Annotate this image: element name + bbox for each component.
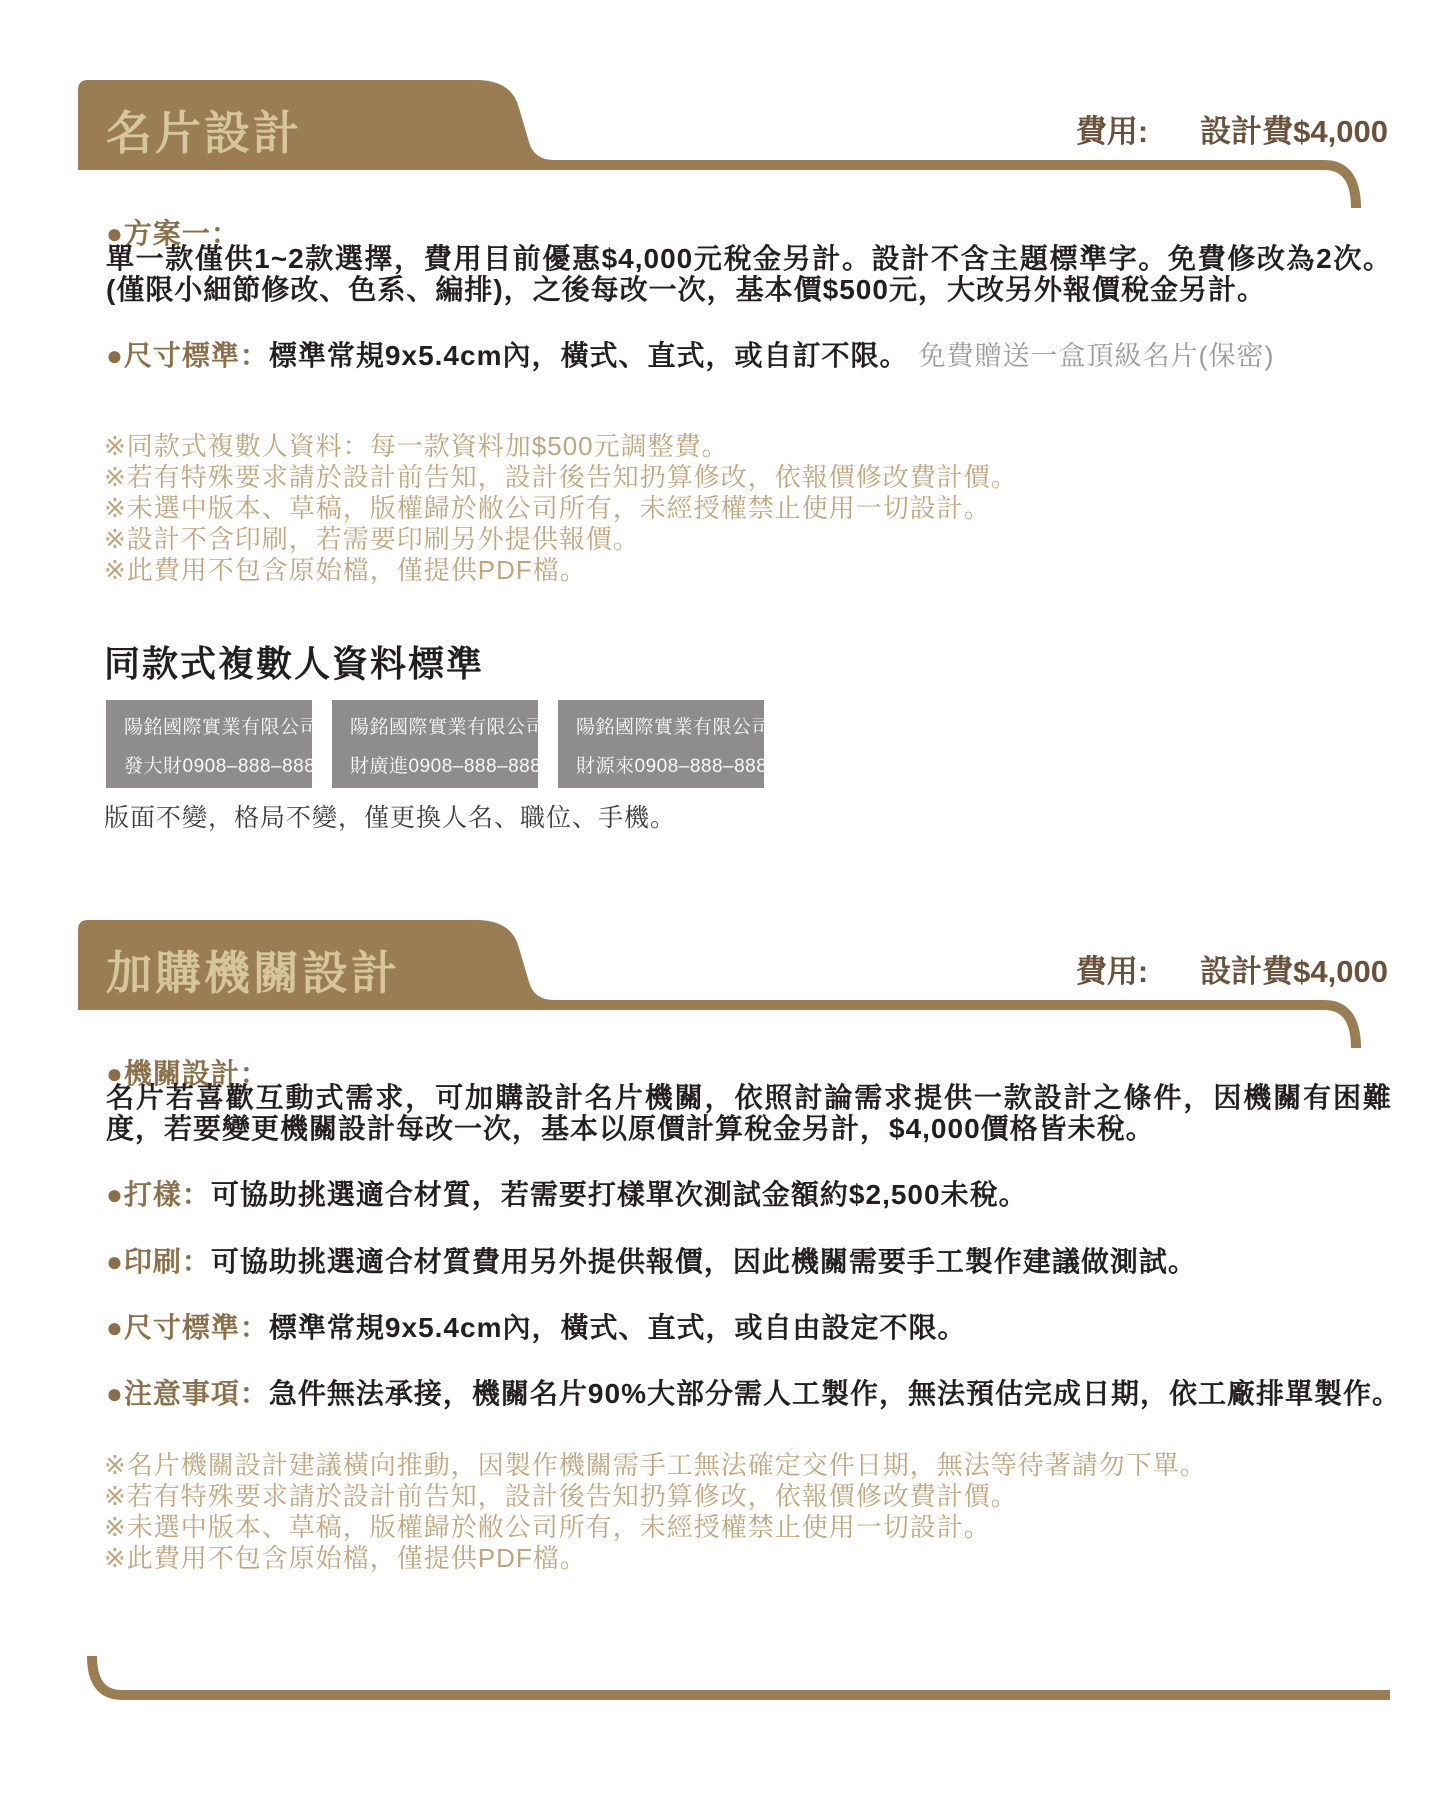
fee-label: 費用: xyxy=(1076,106,1148,151)
size-standard2-line: ●尺寸標準：標準常規9x5.4cm內，橫式、直式，或自由設定不限。 xyxy=(106,1306,966,1346)
free-gift-note: 免費贈送一盒頂級名片(保密) xyxy=(918,341,1274,371)
size-standard2-text: 標準常規9x5.4cm內，橫式、直式，或自由設定不限。 xyxy=(269,1312,967,1343)
attention-text: 急件無法承接，機關名片90%大部分需人工製作，無法預估完成日期，依工廠排單製作。 xyxy=(269,1378,1401,1409)
cards-caption: 版面不變，格局不變，僅更換人名、職位、手機。 xyxy=(104,798,676,834)
size-standard-label: ●尺寸標準： xyxy=(106,340,269,371)
card-company-name: 陽銘國際實業有限公司 xyxy=(576,712,771,739)
size-standard2-label: ●尺寸標準： xyxy=(106,1312,269,1343)
note-line: ※名片機關設計建議橫向推動，因製作機關需手工無法確定交件日期，無法等待著請勿下單… xyxy=(104,1450,1207,1481)
section2-fee-row: 費用: 設計費$4,000 xyxy=(1076,946,1388,991)
attention-label: ●注意事項： xyxy=(106,1378,269,1409)
note-line: ※設計不含印刷，若需要印刷另外提供報價。 xyxy=(104,524,1018,555)
section1-fee-row: 費用: 設計費$4,000 xyxy=(1076,106,1388,151)
section1-header: 名片設計 費用: 設計費$4,000 xyxy=(78,80,1390,220)
sample-business-card: 陽銘國際實業有限公司 財源來0908–888–888 xyxy=(558,700,764,788)
fee-value: 設計費$4,000 xyxy=(1200,106,1388,151)
sample-business-card: 陽銘國際實業有限公司 發大財0908–888–888 xyxy=(106,700,312,788)
card-person-phone: 財源來0908–888–888 xyxy=(576,751,767,778)
note-line: ※同款式複數人資料：每一款資料加$500元調整費。 xyxy=(104,431,1018,462)
card-person-phone: 財廣進0908–888–888 xyxy=(350,751,541,778)
notes-block-1: ※同款式複數人資料：每一款資料加$500元調整費。 ※若有特殊要求請於設計前告知… xyxy=(104,431,1018,586)
size-standard-text: 標準常規9x5.4cm內，橫式、直式，或自訂不限。 xyxy=(269,340,909,371)
section1-title: 名片設計 xyxy=(106,97,302,163)
printing-text: 可協助挑選適合材質費用另外提供報價，因此機關需要手工製作建議做測試。 xyxy=(211,1246,1197,1277)
sample-cards-row: 陽銘國際實業有限公司 發大財0908–888–888 陽銘國際實業有限公司 財廣… xyxy=(106,700,764,788)
note-line: ※未選中版本、草稿，版權歸於敝公司所有，未經授權禁止使用一切設計。 xyxy=(104,493,1018,524)
bottom-rule-shape xyxy=(78,1652,1390,1704)
attention-line: ●注意事項：急件無法承接，機關名片90%大部分需人工製作，無法預估完成日期，依工… xyxy=(106,1372,1401,1412)
card-company-name: 陽銘國際實業有限公司 xyxy=(350,712,545,739)
size-standard-line: ●尺寸標準：標準常規9x5.4cm內，橫式、直式，或自訂不限。免費贈送一盒頂級名… xyxy=(106,334,1274,374)
card-person-phone: 發大財0908–888–888 xyxy=(124,751,315,778)
note-line: ※若有特殊要求請於設計前告知，設計後告知扔算修改，依報價修改費計價。 xyxy=(104,1481,1207,1512)
plan-one-body: 單一款僅供1~2款選擇，費用目前優惠$4,000元稅金另計。設計不含主題標準字。… xyxy=(106,243,1392,305)
fee-value: 設計費$4,000 xyxy=(1200,946,1388,991)
sample-heading: 同款式複數人資料標準 xyxy=(104,636,484,687)
proofing-text: 可協助挑選適合材質，若需要打樣單次測試金額約$2,500未稅。 xyxy=(211,1179,1028,1210)
note-line: ※若有特殊要求請於設計前告知，設計後告知扔算修改，依報價修改費計價。 xyxy=(104,462,1018,493)
card-company-name: 陽銘國際實業有限公司 xyxy=(124,712,319,739)
printing-label: ●印刷： xyxy=(106,1246,211,1277)
note-line: ※此費用不包含原始檔，僅提供PDF檔。 xyxy=(104,1543,1207,1574)
fee-label: 費用: xyxy=(1076,946,1148,991)
section2-header: 加購機關設計 費用: 設計費$4,000 xyxy=(78,920,1390,1060)
mechanism-body: 名片若喜歡互動式需求，可加購設計名片機關，依照討論需求提供一款設計之條件，因機關… xyxy=(106,1082,1392,1144)
printing-line: ●印刷：可協助挑選適合材質費用另外提供報價，因此機關需要手工製作建議做測試。 xyxy=(106,1240,1197,1280)
pricing-page: 名片設計 費用: 設計費$4,000 ●方案一： 單一款僅供1~2款選擇，費用目… xyxy=(0,0,1440,1794)
note-line: ※未選中版本、草稿，版權歸於敝公司所有，未經授權禁止使用一切設計。 xyxy=(104,1512,1207,1543)
proofing-label: ●打樣： xyxy=(106,1179,211,1210)
notes-block-2: ※名片機關設計建議橫向推動，因製作機關需手工無法確定交件日期，無法等待著請勿下單… xyxy=(104,1450,1207,1574)
sample-business-card: 陽銘國際實業有限公司 財廣進0908–888–888 xyxy=(332,700,538,788)
note-line: ※此費用不包含原始檔，僅提供PDF檔。 xyxy=(104,555,1018,586)
proofing-line: ●打樣：可協助挑選適合材質，若需要打樣單次測試金額約$2,500未稅。 xyxy=(106,1173,1028,1213)
section2-title: 加購機關設計 xyxy=(106,937,400,1003)
